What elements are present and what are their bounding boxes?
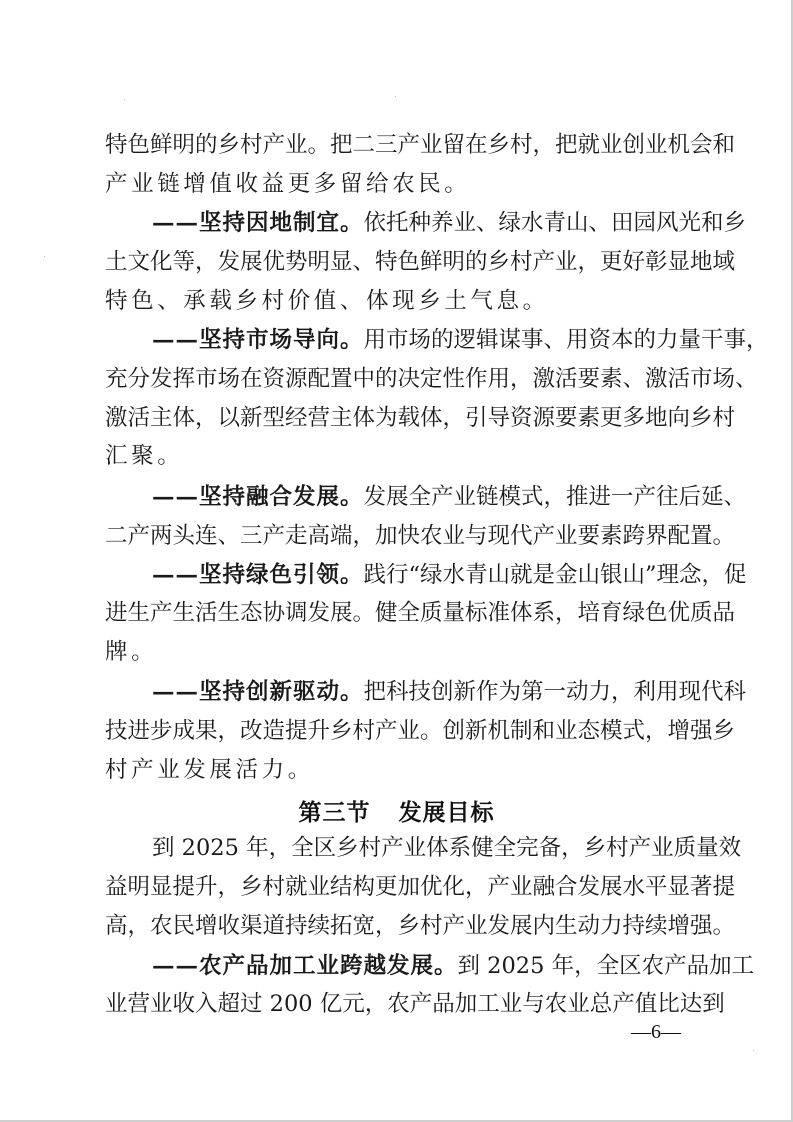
principle-lead: ——坚持市场导向。: [152, 327, 364, 353]
paragraph-line: 特色、承载乡村价值、体现乡土气息。: [105, 286, 685, 316]
goal-summary-line: 益明显提升，乡村就业结构更加优化，产业融合发展水平显著提: [105, 872, 685, 902]
paragraph-line: 业营业收入超过 200 亿元，农产品加工业与农业总产值比达到: [105, 989, 685, 1019]
principle-item-integrated-development: ——坚持融合发展。发展全产业链模式，推进一产往后延、: [152, 482, 685, 512]
principle-lead: ——坚持融合发展。: [152, 484, 364, 510]
goal-summary-line: 高，农民增收渠道持续拓宽，乡村产业发展内生动力持续增强。: [105, 911, 685, 941]
principle-item-market-oriented: ——坚持市场导向。用市场的逻辑谋事、用资本的力量干事，: [152, 325, 685, 355]
paragraph-line: 充分发挥市场在资源配置中的决定性作用，激活要素、激活市场、: [105, 364, 685, 394]
scan-speck: [753, 1050, 754, 1051]
paragraph-line: 二产两头连、三产走高端，加快农业与现代产业要素跨界配置。: [105, 521, 685, 551]
scan-speck: [124, 99, 125, 100]
principle-text: 把科技创新作为第一动力，利用现代科: [364, 679, 747, 705]
principle-item-innovation-driven: ——坚持创新驱动。把科技创新作为第一动力，利用现代科: [152, 677, 685, 707]
section-number: 第三节: [299, 800, 371, 826]
goal-lead: ——农产品加工业跨越发展。: [152, 953, 458, 979]
paragraph-line: 村产业发展活力。: [105, 755, 685, 785]
principle-text: 发展全产业链模式，推进一产往后延、: [364, 484, 747, 510]
principle-item-green-leadership: ——坚持绿色引领。践行“绿水青山就是金山银山”理念，促: [152, 560, 685, 590]
paragraph-line: 产业链增值收益更多留给农民。: [105, 169, 685, 199]
principle-text: 践行“绿水青山就是金山银山”理念，促: [364, 562, 747, 588]
paragraph-line: 牌。: [105, 637, 685, 667]
section-heading: 第三节发展目标: [0, 794, 793, 827]
principle-lead: ——坚持因地制宜。: [152, 210, 364, 236]
paragraph-line: 汇聚。: [105, 441, 685, 471]
principle-text: 依托种养业、绿水青山、田园风光和乡: [364, 210, 747, 236]
document-page: 特色鲜明的乡村产业。把二三产业留在乡村，把就业创业机会和 产业链增值收益更多留给…: [0, 0, 793, 1122]
scan-speck: [44, 256, 45, 257]
section-title: 发展目标: [399, 800, 495, 826]
paragraph-line: 土文化等，发展优势明显、特色鲜明的乡村产业，更好彰显地域: [105, 247, 685, 277]
principle-text: 用市场的逻辑谋事、用资本的力量干事，: [364, 327, 769, 353]
principle-item-local-conditions: ——坚持因地制宜。依托种养业、绿水青山、田园风光和乡: [152, 208, 685, 238]
paragraph-line: 进生产生活生态协调发展。健全质量标准体系，培育绿色优质品: [105, 598, 685, 628]
paragraph-line: 技进步成果，改造提升乡村产业。创新机制和业态模式，增强乡: [105, 716, 685, 746]
goal-summary-line: 到 2025 年，全区乡村产业体系健全完备，乡村产业质量效: [152, 833, 685, 863]
paragraph-line: 激活主体，以新型经营主体为载体，引导资源要素更多地向乡村: [105, 403, 685, 433]
principle-lead: ——坚持创新驱动。: [152, 679, 364, 705]
scan-speck: [395, 96, 396, 97]
goal-text: 到 2025 年，全区农产品加工: [458, 953, 755, 979]
principle-lead: ——坚持绿色引领。: [152, 562, 364, 588]
goal-item-agri-processing: ——农产品加工业跨越发展。到 2025 年，全区农产品加工: [152, 951, 685, 981]
page-number: —6—: [626, 1021, 686, 1044]
paragraph-line: 特色鲜明的乡村产业。把二三产业留在乡村，把就业创业机会和: [105, 130, 685, 160]
